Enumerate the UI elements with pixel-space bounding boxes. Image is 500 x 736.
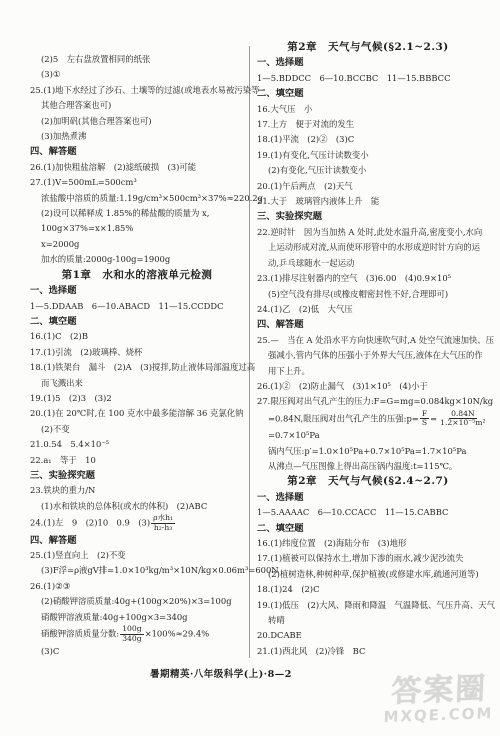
answer-line: 硝酸钾溶质质量分数:100g340g×100%≈29.4% [30,625,244,643]
answer-column-left: (2)5 左右盘放置相同的纸张(3)①25.(1)地下水经过了沙石、土壤等的过滤… [30,52,244,659]
answer-line: (1)水和铁块的总体积(或水的体积) (2)ABC [30,499,244,514]
daanquan-logo: 答案圈 [384,674,495,708]
answer-line: 21.大于 玻璃管内液体上升 能 [257,194,479,209]
answer-line: 24.(1)左 9 (2)10 0.9 (3)ρ水h₁h₂-h₃ [30,514,244,532]
answer-line: 17.(1)植被可以保持水土,增加下渗的雨水,减少泥沙流失 [257,551,479,566]
answer-line: 16.(1)C (2)B [30,329,244,344]
answer-line: 而飞溅出来 [30,376,244,391]
answer-line: =0.84N,限压阀对出气孔产生的压强:p=FS=0.84N1.2×10⁻⁵m² [257,410,479,428]
answer-column-right: 第2章 天气与气候(§2.1~2.3)一、选择题1—5.BDDCC 6—10.B… [257,40,479,659]
answer-line: 25.(1)地下水经过了沙石、土壤等的过滤(或地表水易被污染等 [30,83,244,98]
answer-site-watermark: 答案圈 MXQE.COM [383,674,494,726]
answer-line: (2)5 左右盘放置相同的纸张 [30,52,244,67]
section-heading: 一、选择题 [30,283,244,298]
section-heading: 四、解答题 [30,533,244,548]
answer-line: 用下上升。 [257,364,479,379]
book-footer: 暑期精英·八年级科学(上)·8—2 [150,666,292,680]
answer-line: 21.(1)西北风 (2)冷锋 BC [257,644,479,659]
answer-line: 26.(1)加快粗盐溶解 (2)滤纸破损 (3)可能 [30,160,244,175]
answer-line: 23.铁块的重力/N [30,483,244,498]
answer-line: 100g×37%=x×1.85% [30,221,244,236]
answer-line: 27.限压阀对出气孔产生的压力:F=G=mg=0.084kg×10N/kg [257,394,479,409]
section-heading: 二、填空题 [257,86,479,101]
answer-line: x=2000g [30,237,244,252]
answer-line: 1—5.DDAAB 6—10.ABACD 11—15.CCDDC [30,299,244,314]
answer-line: 硝酸钾溶液质量:40g+100g×3=340g [30,610,244,625]
section-heading: 一、选择题 [257,55,479,70]
answer-line: (2)硝酸钾溶质质量:40g+(100g×20%)×3=100g [30,594,244,609]
answer-line: =0.7×10⁵Pa [257,428,479,443]
answer-line: 21.0.54 5.4×10⁻⁵ [30,437,244,452]
section-heading: 三、实验探究题 [30,468,244,483]
section-heading: 一、选择题 [257,490,479,505]
answer-line: 浓盐酸中溶质的质量:1.19g/cm³×500cm³×37%≈220.2g [30,191,244,206]
answer-line: (2)植树造林,种树种草,保护植被(或修建水库,疏通河道等) [257,567,479,582]
answer-line: (3)C [30,644,244,659]
chapter-heading: 第2章 天气与气候(§2.1~2.3) [257,40,479,55]
fraction: FS [420,410,429,428]
answer-line: 18.(1)24 (2)C [257,582,479,597]
watermark-site-url: MXQE.COM [383,704,493,726]
fraction: 0.84N1.2×10⁻⁵m² [438,410,487,428]
answer-line: 16.大气压 小 [257,102,479,117]
answer-line: 20.(1)午后两点 (2)天气 [257,179,479,194]
fraction: ρ水h₁h₂-h₃ [151,514,175,532]
answer-line: 加水的质量:2000g-100g=1900g [30,252,244,267]
answer-line: 17.上方 便于对流的发生 [257,117,479,132]
answer-line: 转晴 [257,613,479,628]
answer-line: 16.(1)纬度位置 (2)海陆分布 (3)地形 [257,536,479,551]
answer-line: 25.(1)竖直向上 (2)不变 [30,548,244,563]
answer-line: (2)不变 [30,422,244,437]
answer-line: 19.(1)低压 (2)大风、降雨和降温 气温降低、气压升高、天气 [257,598,479,613]
answer-line: (2)设可以稀释成 1.85%的稀盐酸的质量为 x, [30,206,244,221]
fraction: 100g340g [120,625,143,643]
answer-line: 1—5.BDDCC 6—10.BCCBC 11—15.BBBCC [257,71,479,86]
answer-line: 动,乒乓球随水一起运动 [257,256,479,271]
answer-line: 20.DCABE [257,628,479,643]
answer-line: (3)① [30,67,244,82]
answer-line: 22.a₁ 等于 10 [30,453,244,468]
answer-line: 其他合理答案也可) [30,98,244,113]
answer-line: 从沸点—气压图像上得出高压锅内温度:t=115℃。 [257,459,479,474]
answer-line: (3)F浮=ρ液gV排=1.0×10³kg/m³×10N/kg×0.06m³=6… [30,563,244,578]
answer-line: 强减小,管内气体的压强小于外界大气压,液体在大气压的作 [257,348,479,363]
answer-line: 23.(1)排尽注射器内的空气 (3)6.00 (4)0.9×10⁵ [257,271,479,286]
answer-line: (2)加明矾(其他合理答案也可) [30,114,244,129]
section-heading: 四、解答题 [30,144,244,159]
answer-line: (3)加热煮沸 [30,129,244,144]
answer-line: 1—5.AAAAC 6—10.CCACC 11—15.CABBC [257,505,479,520]
scanned-answer-page: (2)5 左右盘放置相同的纸张(3)①25.(1)地下水经过了沙石、土壤等的过滤… [0,0,500,736]
answer-line: 24.(1)乙 (2)低 大气压 [257,302,479,317]
answer-line: 18.(1)平流 (2)② (3)C [257,132,479,147]
answer-line: 17.(1)引流 (2)玻璃棒、烧杯 [30,345,244,360]
answer-line: 22.逆时针 因为当加热 A 处时,此处水温升高,密度变小,水向 [257,225,479,240]
answer-line: 26.(1)② (2)防止漏气 (3)1×10⁵ (4)小于 [257,379,479,394]
chapter-heading: 第2章 天气与气候(§2.4~2.7) [257,474,479,489]
answer-line: (2)有变化,气压计读数变小 [257,163,479,178]
answer-line: 19.(1)有变化,气压计读数变小 [257,148,479,163]
section-heading: 二、填空题 [30,314,244,329]
section-heading: 四、解答题 [257,317,479,332]
answer-line: 26.(1)②③ [30,579,244,594]
answer-line: 20.(1)在 20℃时,在 100 克水中最多能溶解 36 克氯化钠 [30,406,244,421]
answer-line: 上运动形成对流,从而使环形管中的水形成逆时针方向的运 [257,240,479,255]
answer-line: 锅内气压:p′=1.0×10⁵Pa+0.7×10⁵Pa=1.7×10⁵Pa [257,444,479,459]
answer-line: 18.(1)铁架台 漏斗 (2)A (3)搅拌,防止液体局部温度过高 [30,360,244,375]
chapter-heading: 第1章 水和水的溶液单元检测 [30,268,244,283]
answer-line: 25.— 当在 A 处沿水平方向快速吹气时,A 处空气流速加快、压 [257,333,479,348]
section-heading: 三、实验探究题 [257,209,479,224]
section-heading: 二、填空题 [257,521,479,536]
answer-line: (5)空气没有排尽(或橡皮帽密封性不好,合理即可) [257,287,479,302]
answer-line: 27.(1)V=500mL=500cm³ [30,175,244,190]
answer-line: 19.(1)5 (2)3 (3)2 [30,391,244,406]
